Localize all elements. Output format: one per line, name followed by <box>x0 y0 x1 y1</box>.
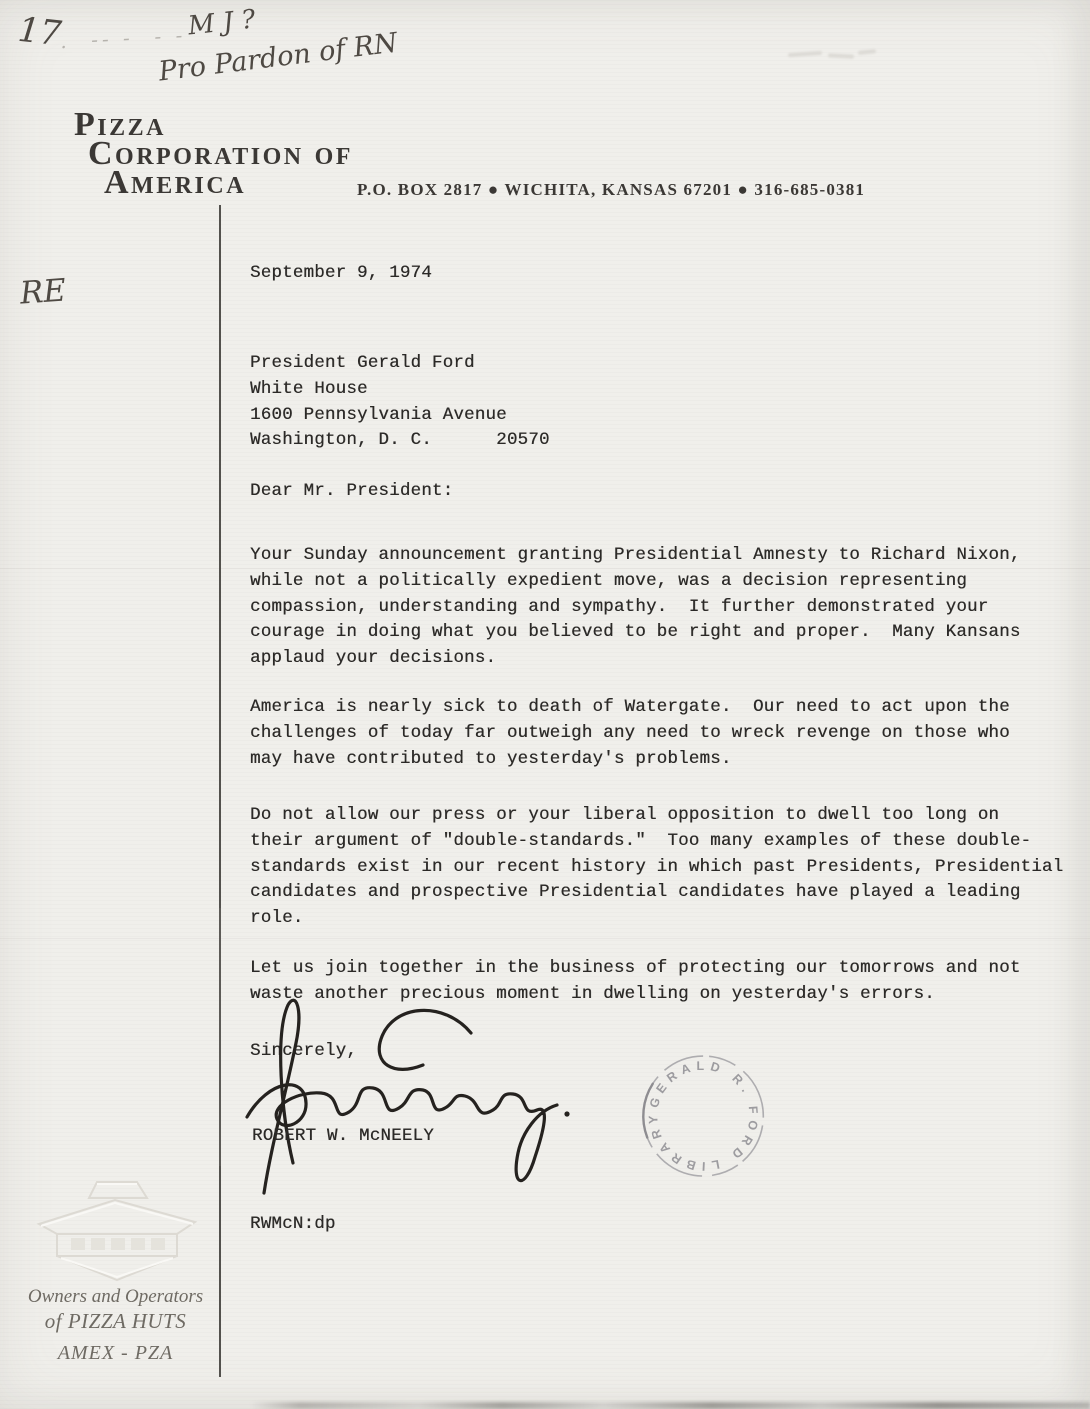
handwritten-note-re: RE <box>19 272 67 311</box>
paragraph-3: Do not allow our press or your liberal o… <box>250 803 1063 932</box>
pizza-hut-logo-embossed <box>25 1176 207 1288</box>
paragraph-1: Your Sunday announcement granting Presid… <box>250 543 1021 672</box>
footer-owners-line1: Owners and Operators <box>18 1286 213 1308</box>
footer-owners-line2: of PIZZA HUTS <box>18 1309 213 1334</box>
signature-image <box>235 995 575 1200</box>
stamp-text: GERALD R. FORD LIBRARY <box>638 1050 769 1181</box>
reference-initials: RWMcN:dp <box>250 1212 336 1238</box>
paragraph-2: America is nearly sick to death of Water… <box>250 695 1010 772</box>
archive-stamp: GERALD R. FORD LIBRARY <box>623 1038 783 1198</box>
handwritten-note-query: M J ? <box>187 5 257 42</box>
handwritten-corner-number: 17 <box>16 10 63 54</box>
handwritten-corner-dashes: . -- - - - <box>59 23 186 54</box>
recipient-address: President Gerald Ford White House 1600 P… <box>250 351 550 454</box>
scanned-letter-page: 17 . -- - - - M J ? Pro Pardon of RN RE … <box>0 0 1090 1409</box>
scan-smudge <box>858 49 876 55</box>
footer-ticker: AMEX - PZA <box>18 1342 213 1365</box>
paper-crease <box>0 938 1090 939</box>
scan-edge-shadow <box>250 1402 1090 1409</box>
letterhead-vertical-rule <box>219 205 221 1377</box>
signer-name: ROBERT W. McNEELY <box>252 1124 434 1150</box>
scan-smudge <box>828 53 854 58</box>
letter-date: September 9, 1974 <box>250 261 432 287</box>
scan-smudge <box>788 51 822 57</box>
salutation: Dear Mr. President: <box>250 479 453 505</box>
company-address: P.O. BOX 2817 ● WICHITA, KANSAS 67201 ● … <box>357 180 865 200</box>
company-name-line3: America <box>104 168 246 198</box>
